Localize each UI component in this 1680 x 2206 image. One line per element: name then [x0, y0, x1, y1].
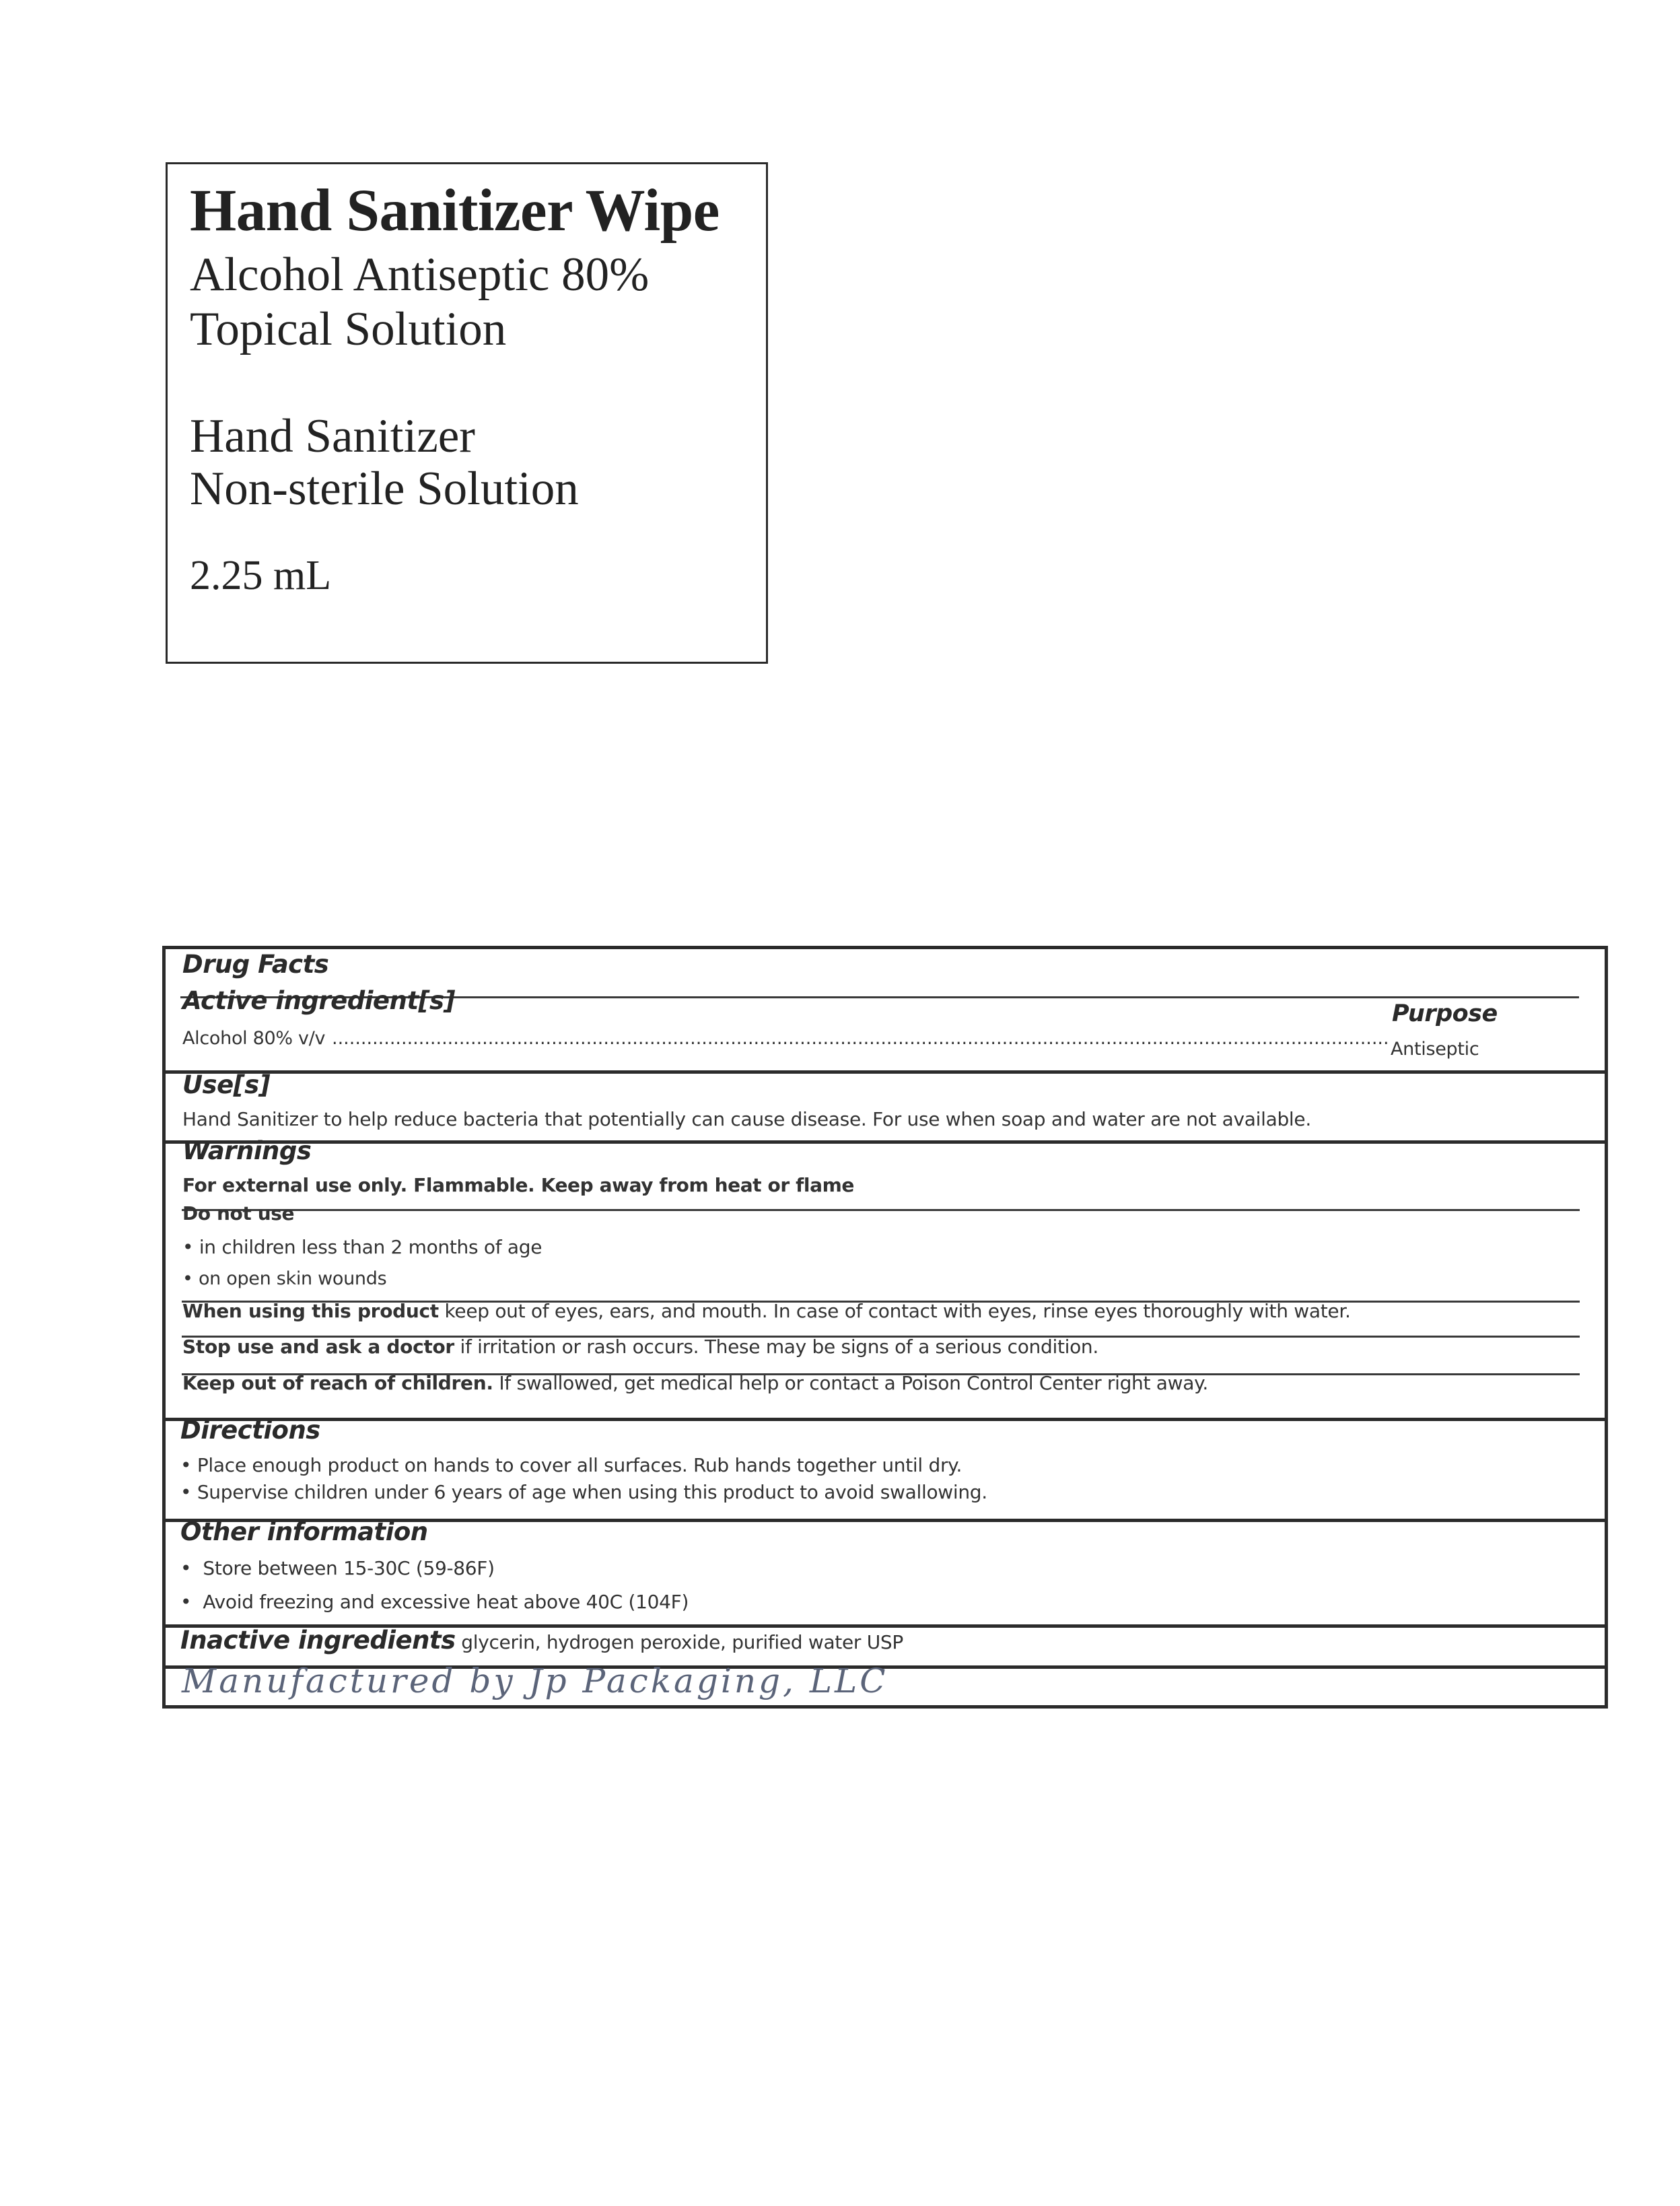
- warning-external-use: For external use only. Flammable. Keep a…: [182, 1174, 854, 1196]
- do-not-use-item: • on open skin wounds: [182, 1268, 386, 1289]
- inactive-ingredients-heading: Inactive ingredients: [180, 1626, 456, 1655]
- stop-use-label: Stop use and ask a doctor: [182, 1336, 454, 1358]
- drug-facts-title: Drug Facts: [182, 950, 328, 979]
- stop-use-warning: Stop use and ask a doctor if irritation …: [182, 1336, 1098, 1358]
- other-information-item: • Store between 15-30C (59-86F): [180, 1557, 495, 1579]
- bullet-icon: •: [180, 1454, 191, 1476]
- keep-out-text: If swallowed, get medical help or contac…: [493, 1372, 1208, 1394]
- bullet-icon: •: [180, 1557, 191, 1579]
- bullet-icon: •: [180, 1591, 191, 1613]
- ingredient-purpose: Antiseptic: [1391, 1039, 1479, 1060]
- section-bar: [162, 1070, 1608, 1074]
- do-not-use-item-text: on open skin wounds: [199, 1268, 386, 1289]
- when-using-text: keep out of eyes, ears, and mouth. In ca…: [439, 1300, 1351, 1322]
- other-information-item-text: Avoid freezing and excessive heat above …: [203, 1591, 689, 1613]
- manufacturer-handwritten-note: Manufactured by Jp Packaging, LLC: [182, 1661, 888, 1700]
- when-using-warning: When using this product keep out of eyes…: [182, 1300, 1351, 1322]
- active-ingredient: Alcohol 80% v/v: [182, 1028, 325, 1049]
- directions-heading: Directions: [180, 1416, 320, 1445]
- divider: [182, 1209, 1580, 1211]
- when-using-label: When using this product: [182, 1300, 439, 1322]
- inactive-ingredients: Inactive ingredients glycerin, hydrogen …: [180, 1626, 903, 1655]
- directions-item: • Supervise children under 6 years of ag…: [180, 1481, 987, 1503]
- bullet-icon: •: [182, 1236, 193, 1258]
- product-subtitle-strength: Alcohol Antiseptic 80%: [190, 248, 649, 302]
- product-type: Hand Sanitizer: [190, 409, 475, 464]
- other-information-item: • Avoid freezing and excessive heat abov…: [180, 1591, 689, 1613]
- do-not-use-item-text: in children less than 2 months of age: [199, 1236, 542, 1258]
- product-sterility: Non-sterile Solution: [190, 462, 579, 516]
- uses-text: Hand Sanitizer to help reduce bacteria t…: [182, 1108, 1311, 1130]
- active-ingredients-heading: Active ingredient[s]: [182, 986, 455, 1015]
- keep-out-of-reach-warning: Keep out of reach of children. If swallo…: [182, 1372, 1208, 1394]
- warnings-heading: Warnings: [182, 1136, 311, 1165]
- stop-use-text: if irritation or rash occurs. These may …: [454, 1336, 1098, 1358]
- bullet-icon: •: [182, 1268, 193, 1289]
- product-subtitle-form: Topical Solution: [190, 302, 506, 357]
- do-not-use-item: • in children less than 2 months of age: [182, 1236, 542, 1258]
- purpose-heading: Purpose: [1392, 1000, 1498, 1027]
- product-title: Hand Sanitizer Wipe: [190, 176, 720, 245]
- bullet-icon: •: [180, 1481, 191, 1503]
- section-bar: [162, 1418, 1608, 1421]
- keep-out-label: Keep out of reach of children.: [182, 1372, 493, 1394]
- section-bar: [162, 1140, 1608, 1144]
- directions-item-text: Supervise children under 6 years of age …: [197, 1481, 987, 1503]
- directions-item-text: Place enough product on hands to cover a…: [197, 1454, 962, 1476]
- inactive-ingredients-text: glycerin, hydrogen peroxide, purified wa…: [456, 1631, 903, 1653]
- uses-heading: Use[s]: [182, 1070, 270, 1099]
- product-volume: 2.25 mL: [190, 552, 331, 600]
- dot-leader: ........................................…: [332, 1028, 1390, 1049]
- other-information-heading: Other information: [180, 1517, 428, 1546]
- directions-item: • Place enough product on hands to cover…: [180, 1454, 962, 1476]
- do-not-use-heading: Do not use: [182, 1202, 294, 1225]
- other-information-item-text: Store between 15-30C (59-86F): [203, 1557, 494, 1579]
